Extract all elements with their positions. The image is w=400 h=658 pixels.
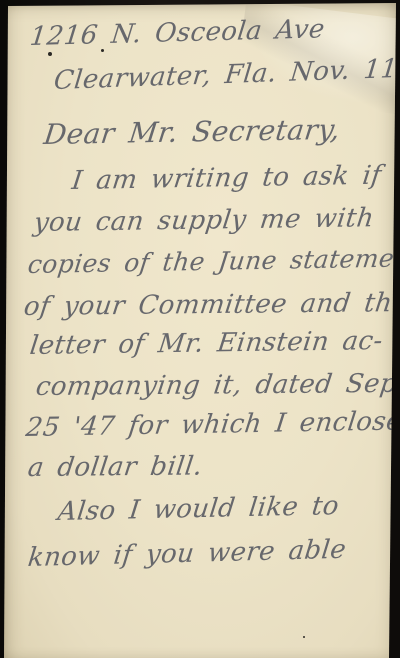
body-line: Also I would like to <box>56 491 340 527</box>
body-line: you can supply me with <box>32 203 376 238</box>
paper-speck <box>48 52 52 56</box>
letter-paper: 1216 N. Osceola Ave Clearwater, Fla. Nov… <box>0 0 400 658</box>
body-line: I am writing to ask if <box>70 161 383 196</box>
body-line: of your Committee and the <box>22 288 400 322</box>
photo-background: 1216 N. Osceola Ave Clearwater, Fla. Nov… <box>0 0 400 658</box>
body-line: a dollar bill. <box>26 451 204 483</box>
paper-speck <box>303 636 305 638</box>
body-line: copies of the June statement <box>26 243 400 279</box>
salutation-line: Dear Mr. Secretary, <box>42 113 342 151</box>
body-line: 25 '47 for which I enclose <box>24 406 400 443</box>
date-line: Clearwater, Fla. Nov. 11,'47 <box>52 52 400 96</box>
address-line: 1216 N. Osceola Ave <box>28 14 326 52</box>
body-line: letter of Mr. Einstein ac- <box>28 326 384 361</box>
body-line: companying it, dated Sept. <box>34 369 400 402</box>
body-line: know if you were able <box>26 535 348 573</box>
